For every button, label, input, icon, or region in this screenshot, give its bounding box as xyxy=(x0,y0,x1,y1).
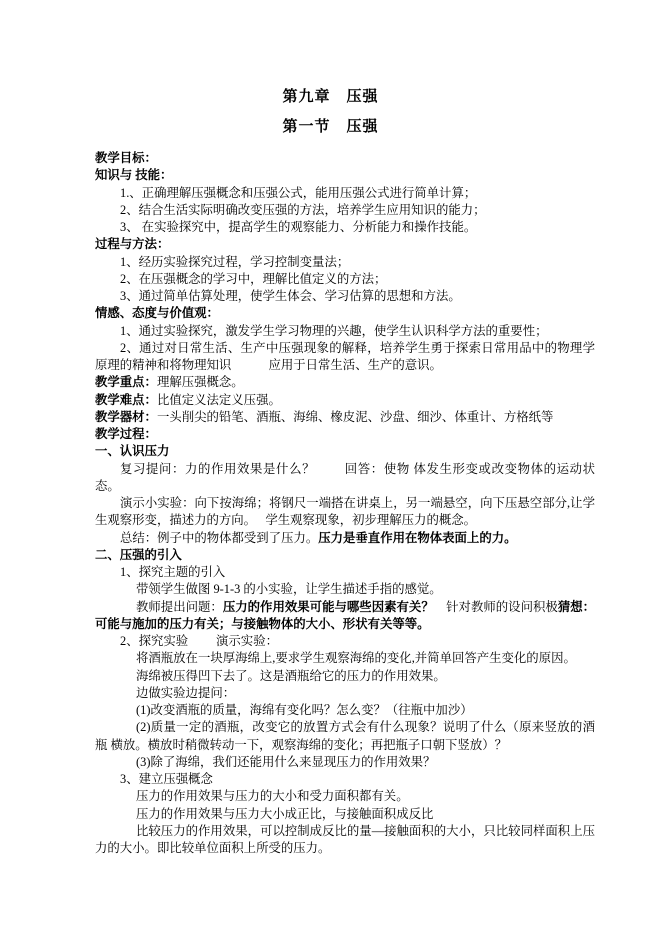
paragraph: 知识与 技能： xyxy=(95,167,595,184)
paragraph: 1、探究主题的引入 xyxy=(95,564,595,581)
paragraph: 压力的作用效果与压力大小成正比，与接触面积成反比 xyxy=(95,806,595,823)
text-run: 复习提问：力的作用效果是什么？ 回答：使物 体发生形变或改变物体的运动状态。 xyxy=(95,462,595,493)
emphasis-text: 知识与 技能： xyxy=(95,168,172,182)
text-run: 一头削尖的铅笔、酒瓶、海绵、橡皮泥、沙盘、细沙、体重计、方格纸等 xyxy=(157,410,554,424)
chapter-title: 第九章 压强 xyxy=(0,89,661,105)
emphasis-text: 压力是垂直作用在物体表面上的力。 xyxy=(318,531,516,545)
paragraph: 1.、正确理解压强概念和压强公式，能用压强公式进行简单计算； xyxy=(95,185,595,202)
text-run: 3、 在实验探究中，提高学生的观察能力、分析能力和操作技能。 xyxy=(120,220,476,234)
text-run: 针对教师的设问积极 xyxy=(434,600,558,614)
paragraph: 二、压强的引入 xyxy=(95,547,595,564)
paragraph: 2、通过对日常生活、生产中压强现象的解释，培养学生勇于探索日常用品中的物理学原理… xyxy=(95,340,595,375)
paragraph: 情感、态度与价值观： xyxy=(95,305,595,322)
paragraph: 过程与方法： xyxy=(95,236,595,253)
text-run: 边做实验边提问： xyxy=(136,686,235,700)
paragraph: 教学目标： xyxy=(95,150,595,167)
paragraph: 将酒瓶放在一块厚海绵上,要求学生观察海绵的变化,并简单回答产生变化的原因。 xyxy=(95,650,595,667)
paragraph: (1)改变酒瓶的质量，海绵有变化吗？怎么变？（往瓶中加沙） xyxy=(95,702,595,719)
text-run: (3)除了海绵，我们还能用什么来显现压力的作用效果？ xyxy=(136,755,435,769)
text-run: 3、通过简单估算处理，使学生体会、学习估算的思想和方法。 xyxy=(120,289,461,303)
paragraph: 2、探究实验 演示实验： xyxy=(95,633,595,650)
text-run: 2、通过对日常生活、生产中压强现象的解释，培养学生勇于探索日常用品中的物理学原理… xyxy=(95,341,595,372)
emphasis-text: 一、认识压力 xyxy=(95,444,169,458)
paragraph: 边做实验边提问： xyxy=(95,685,595,702)
text-run: 2、在压强概念的学习中，理解比值定义的方法； xyxy=(120,272,386,286)
text-run: 将酒瓶放在一块厚海绵上,要求学生观察海绵的变化,并简单回答产生变化的原因。 xyxy=(136,651,576,665)
paragraph: 海绵被压得凹下去了。这是酒瓶给它的压力的作用效果。 xyxy=(95,668,595,685)
paragraph: 3、建立压强概念 xyxy=(95,771,595,788)
paragraph: 带领学生做图 9-1-3 的小实验，让学生描述手指的感觉。 xyxy=(95,581,595,598)
text-run: 3、建立压强概念 xyxy=(120,772,213,786)
emphasis-text: 压力的作用效果可能与哪些因素有关？ xyxy=(223,600,434,614)
paragraph: 比较压力的作用效果，可以控制成反比的量—接触面积的大小，只比较同样面积上压力的大… xyxy=(95,823,595,858)
text-run: (2)质量一定的酒瓶，改变它的放置方式会有什么现象？说明了什么（原来竖放的酒瓶 … xyxy=(95,720,595,751)
text-run: 海绵被压得凹下去了。这是酒瓶给它的压力的作用效果。 xyxy=(136,669,446,683)
section-title: 第一节 压强 xyxy=(0,119,661,135)
emphasis-text: 教学过程： xyxy=(95,427,157,441)
document-page: 第九章 压强 第一节 压强 教学目标：知识与 技能：1.、正确理解压强概念和压强… xyxy=(0,0,661,935)
paragraph: 总结：例子中的物体都受到了压力。压力是垂直作用在物体表面上的力。 xyxy=(95,530,595,547)
text-run: 1.、正确理解压强概念和压强公式，能用压强公式进行简单计算； xyxy=(120,186,476,200)
paragraph: 复习提问：力的作用效果是什么？ 回答：使物 体发生形变或改变物体的运动状态。 xyxy=(95,461,595,496)
text-run: 压力的作用效果与压力大小成正比，与接触面积成反比 xyxy=(136,807,433,821)
emphasis-text: 教学器材： xyxy=(95,410,157,424)
emphasis-text: 教学重点： xyxy=(95,375,157,389)
paragraph: (2)质量一定的酒瓶，改变它的放置方式会有什么现象？说明了什么（原来竖放的酒瓶 … xyxy=(95,719,595,754)
paragraph: 3、 在实验探究中，提高学生的观察能力、分析能力和操作技能。 xyxy=(95,219,595,236)
emphasis-text: 二、压强的引入 xyxy=(95,548,182,562)
paragraph: 1、通过实验探究，激发学生学习物理的兴趣，使学生认识科学方法的重要性； xyxy=(95,323,595,340)
paragraph: 教学难点：比值定义法定义压强。 xyxy=(95,392,595,409)
paragraph: (3)除了海绵，我们还能用什么来显现压力的作用效果？ xyxy=(95,754,595,771)
paragraph: 一、认识压力 xyxy=(95,443,595,460)
paragraph: 教师提出问题：压力的作用效果可能与哪些因素有关？ 针对教师的设问积极猜想：可能与… xyxy=(95,599,595,634)
emphasis-text: 过程与方法： xyxy=(95,237,169,251)
paragraph: 教学重点：理解压强概念。 xyxy=(95,374,595,391)
text-run: 理解压强概念。 xyxy=(157,375,244,389)
text-run: 压力的作用效果与压力的大小和受力面积都有关。 xyxy=(136,789,409,803)
emphasis-text: 教学目标： xyxy=(95,151,157,165)
text-run: 1、探究主题的引入 xyxy=(120,565,225,579)
emphasis-text: 情感、态度与价值观： xyxy=(95,306,219,320)
text-run: 比较压力的作用效果，可以控制成反比的量—接触面积的大小，只比较同样面积上压力的大… xyxy=(95,824,595,855)
paragraph: 演示小实验：向下按海绵；将钢尺一端搭在讲桌上，另一端悬空，向下压悬空部分,让学生… xyxy=(95,495,595,530)
text-run: 总结：例子中的物体都受到了压力。 xyxy=(120,531,318,545)
paragraph: 2、在压强概念的学习中，理解比值定义的方法； xyxy=(95,271,595,288)
text-run: 带领学生做图 9-1-3 的小实验，让学生描述手指的感觉。 xyxy=(136,582,442,596)
paragraph: 1、经历实验探究过程，学习控制变量法； xyxy=(95,254,595,271)
text-run: (1)改变酒瓶的质量，海绵有变化吗？怎么变？（往瓶中加沙） xyxy=(136,703,473,717)
paragraph: 教学器材：一头削尖的铅笔、酒瓶、海绵、橡皮泥、沙盘、细沙、体重计、方格纸等 xyxy=(95,409,595,426)
paragraph: 2、结合生活实际明确改变压强的方法，培养学生应用知识的能力； xyxy=(95,202,595,219)
paragraph: 压力的作用效果与压力的大小和受力面积都有关。 xyxy=(95,788,595,805)
text-run: 比值定义法定义压强。 xyxy=(157,393,281,407)
text-run: 2、探究实验 演示实验： xyxy=(120,634,278,648)
text-run: 1、通过实验探究，激发学生学习物理的兴趣，使学生认识科学方法的重要性； xyxy=(120,324,547,338)
paragraph: 教学过程： xyxy=(95,426,595,443)
paragraph: 3、通过简单估算处理，使学生体会、学习估算的思想和方法。 xyxy=(95,288,595,305)
text-run: 演示小实验：向下按海绵；将钢尺一端搭在讲桌上，另一端悬空，向下压悬空部分,让学生… xyxy=(95,496,595,527)
emphasis-text: 教学难点： xyxy=(95,393,157,407)
text-run: 教师提出问题： xyxy=(136,600,223,614)
text-run: 1、经历实验探究过程，学习控制变量法； xyxy=(120,255,349,269)
document-body: 教学目标：知识与 技能：1.、正确理解压强概念和压强公式，能用压强公式进行简单计… xyxy=(0,150,661,857)
text-run: 2、结合生活实际明确改变压强的方法，培养学生应用知识的能力； xyxy=(120,203,486,217)
